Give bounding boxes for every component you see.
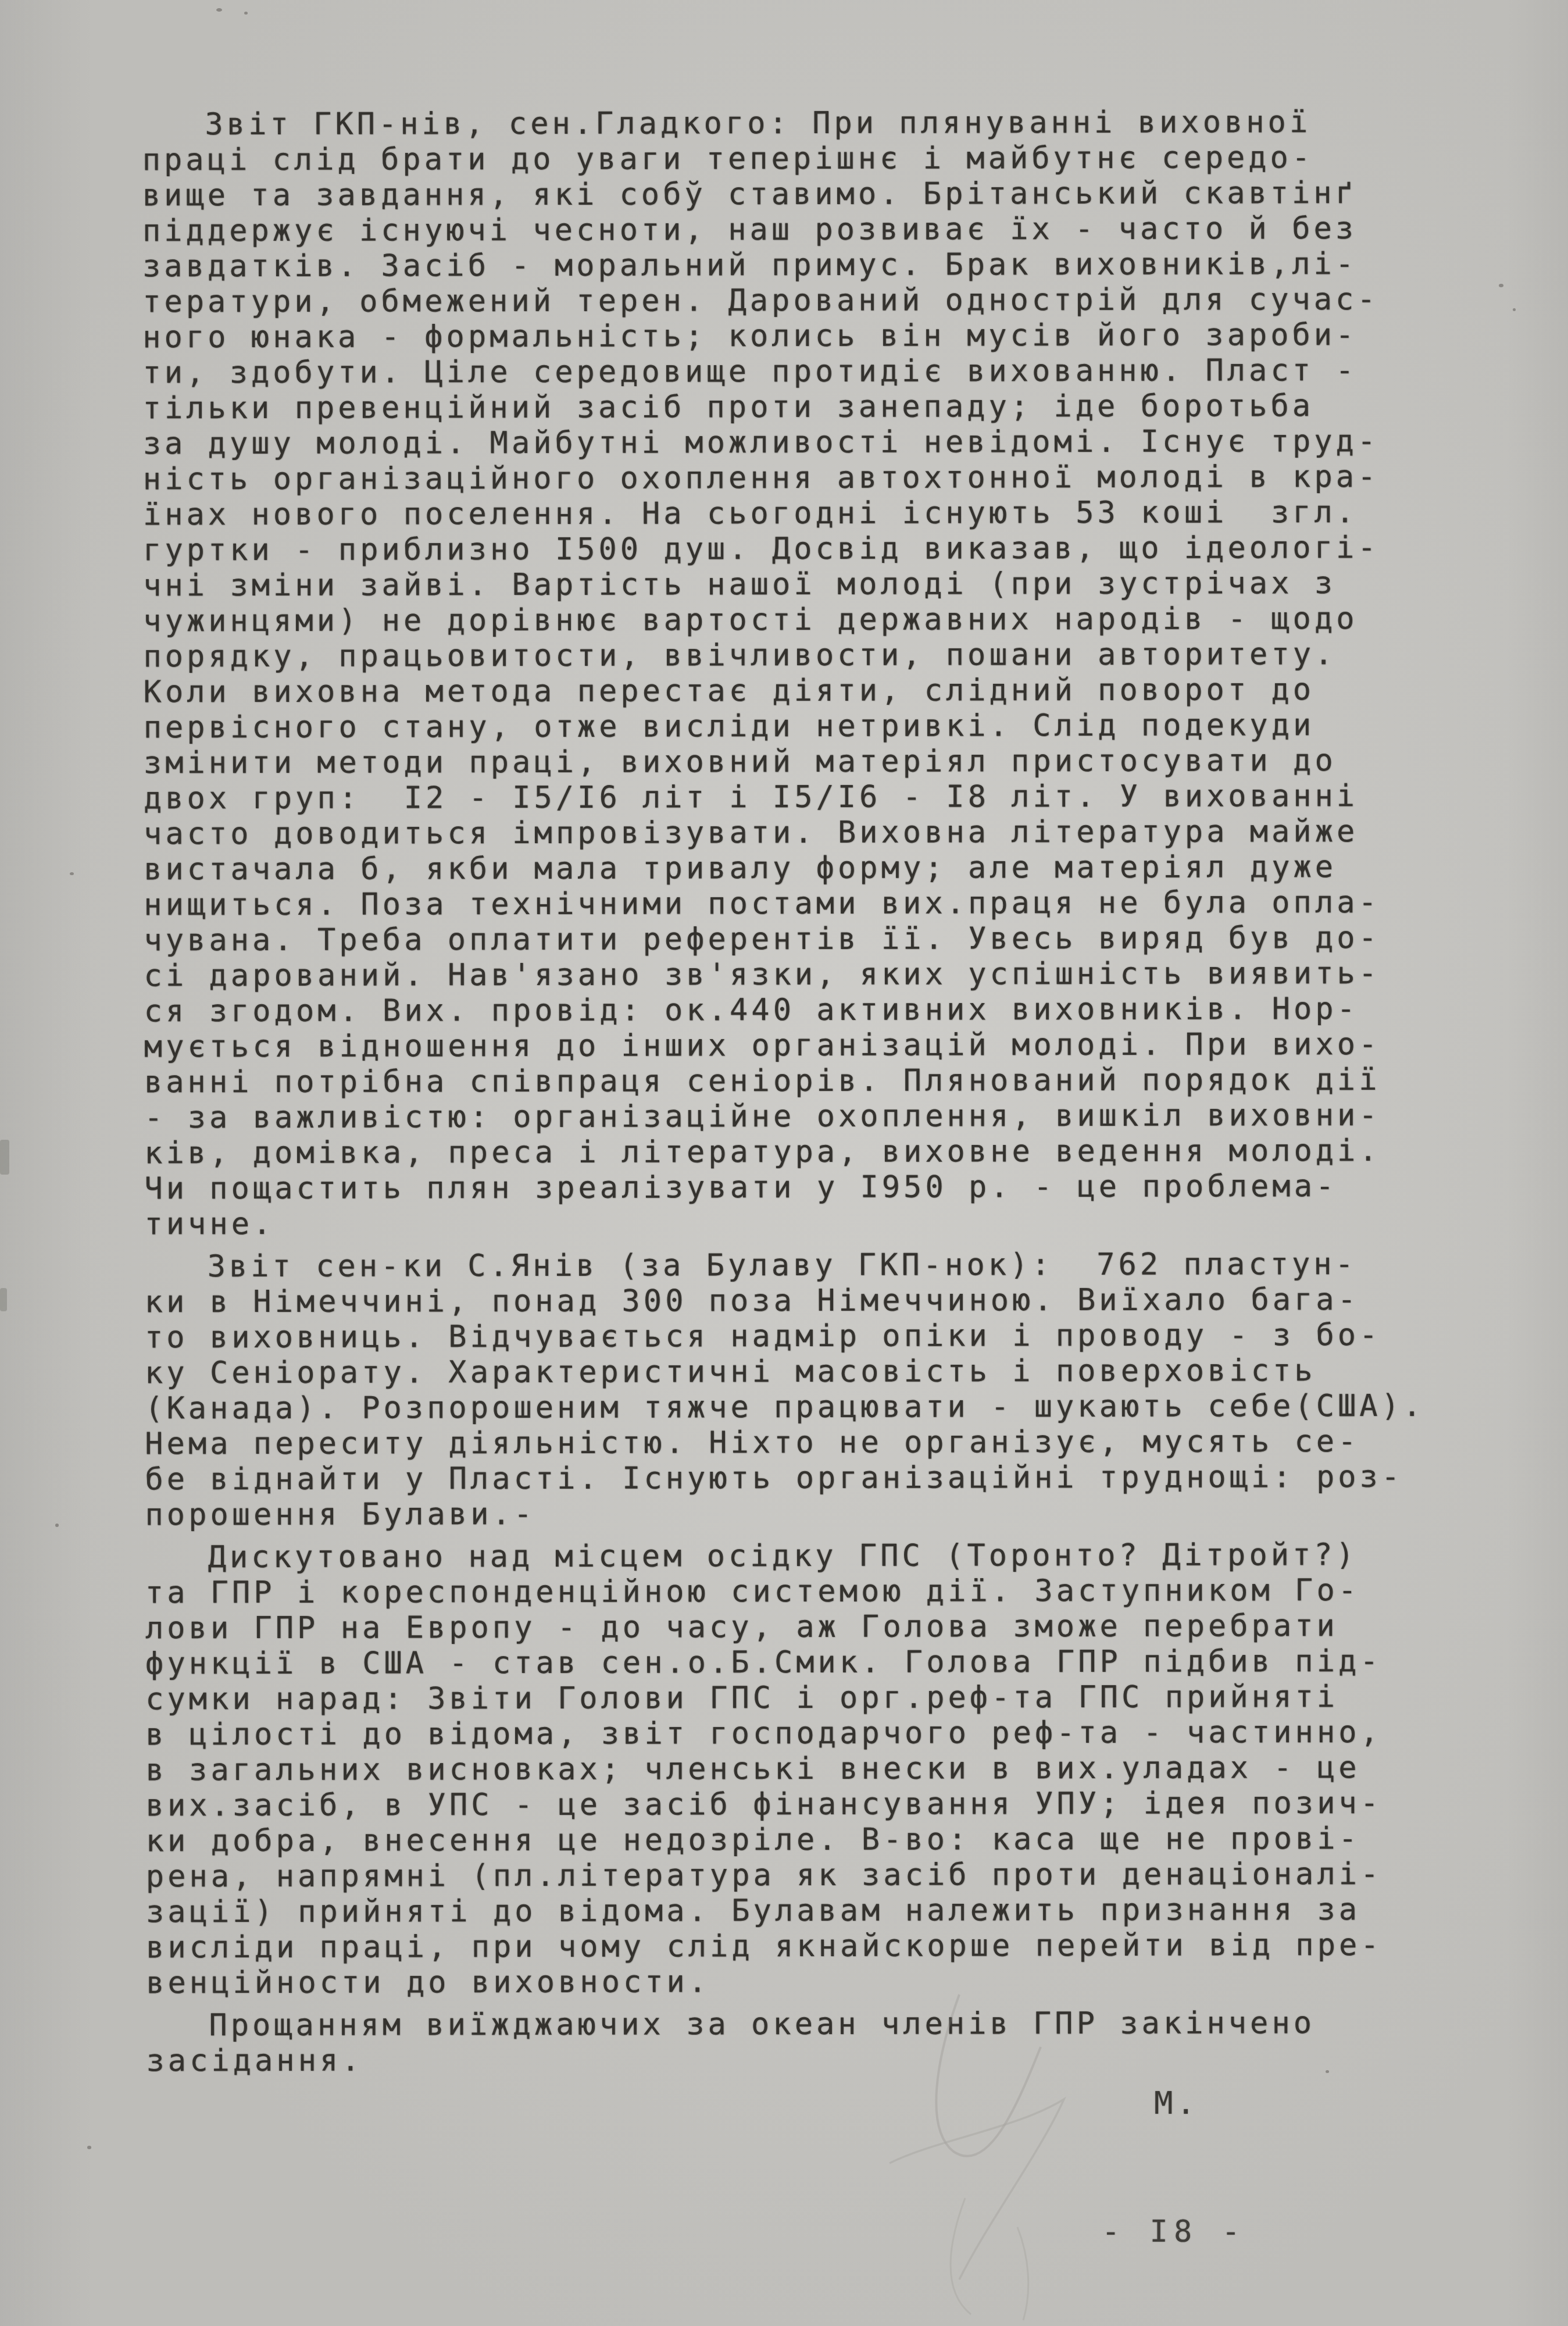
text-line: Чи пощастить плян зреалізувати у I950 р.… <box>144 1169 1499 1207</box>
text-line: ного юнака - формальність; колись він му… <box>142 317 1497 356</box>
text-line: бе віднайти у Пласті. Існують організаці… <box>145 1460 1499 1498</box>
text-line: часто доводиться імпровізувати. Виховна … <box>144 814 1498 852</box>
text-line: зації) прийняті до відома. Булавам належ… <box>146 1892 1501 1931</box>
text-line: вище та завдання, які собў ставимо. Бріт… <box>142 176 1497 214</box>
text-line: рена, напрямні (пл.література як засіб п… <box>146 1857 1501 1895</box>
scan-speck <box>1499 284 1503 287</box>
text-line: ти, здобути. Ціле середовище протидіє ви… <box>142 353 1497 391</box>
pencil-doodle <box>715 1977 1238 2326</box>
scan-speck <box>70 872 74 875</box>
text-line: змінити методи праці, виховний матеріял … <box>144 743 1498 782</box>
scan-speck <box>55 1524 59 1527</box>
text-line: Нема переситу діяльністю. Ніхто не орган… <box>145 1424 1499 1462</box>
scan-speck <box>216 8 222 12</box>
text-line: ки в Німеччині, понад 300 поза Німеччино… <box>145 1282 1499 1321</box>
text-line: нищиться. Поза технічними постами вих.пр… <box>144 885 1498 923</box>
text-line: ванні потрібна співпраця сеніорів. Пляно… <box>144 1062 1499 1101</box>
text-line: Дискутовано над місцем осідку ГПС (Торон… <box>145 1537 1500 1576</box>
text-line: за душу молоді. Майбутні можливості неві… <box>143 424 1498 462</box>
text-block: Звіт ГКП-нів, сен.Гладкого: При плянуван… <box>142 105 1501 2079</box>
scan-speck <box>87 2146 91 2149</box>
text-line: висліди праці, при чому слід якнайскорше… <box>146 1928 1501 1966</box>
text-line: мується відношення до інших організацій … <box>144 1027 1499 1065</box>
text-line: (Канада). Розпорошеним тяжче працювати -… <box>145 1389 1499 1427</box>
text-line: Звіт сен-ки С.Янів (за Булаву ГКП-нок): … <box>145 1247 1499 1285</box>
text-line: ся згодом. Вих. провід: ок.440 активних … <box>144 991 1499 1030</box>
text-line: лови ГПР на Европу - до часу, аж Голова … <box>145 1608 1500 1647</box>
text-line: ність організаційного охоплення автохтон… <box>143 459 1498 498</box>
scan-speck <box>1326 2070 1329 2073</box>
text-line: тератури, обмежений терен. Дарований одн… <box>142 282 1497 320</box>
text-line: чні зміни зайві. Вартість нашої молоді (… <box>143 566 1498 604</box>
paragraph: Дискутовано над місцем осідку ГПС (Торон… <box>145 1537 1501 2002</box>
document-page: Звіт ГКП-нів, сен.Гладкого: При плянуван… <box>0 0 1568 2326</box>
text-line: ки добра, внесення це недозріле. В-во: к… <box>146 1821 1501 1860</box>
text-line: чужинцями) не дорівнює вартості державни… <box>143 601 1498 640</box>
text-line: Звіт ГКП-нів, сен.Гладкого: При плянуван… <box>142 105 1496 143</box>
scan-smudge <box>0 1140 9 1175</box>
text-line: праці слід брати до уваги теперішнє і ма… <box>142 140 1497 179</box>
text-line: порядку, працьовитости, ввічливости, пош… <box>143 637 1498 675</box>
text-line: порошення Булави.- <box>145 1495 1499 1533</box>
text-line: функції в США - став сен.о.Б.Смик. Голов… <box>145 1644 1500 1682</box>
paragraph: Звіт сен-ки С.Янів (за Булаву ГКП-нок): … <box>145 1247 1500 1533</box>
text-line: первісного стану, отже висліди нетривкі.… <box>144 708 1498 746</box>
text-line: завдатків. Засіб - моральний примус. Бра… <box>142 247 1497 285</box>
text-line: сумки нарад: Звіти Голови ГПС і орг.реф-… <box>145 1679 1500 1718</box>
text-line: гуртки - приблизно I500 душ. Досвід вика… <box>143 530 1498 569</box>
text-line: ків, домівка, преса і література, виховн… <box>144 1133 1499 1172</box>
text-line: вих.засіб, в УПС - це засіб фінансування… <box>146 1786 1501 1824</box>
text-line: то виховниць. Відчувається надмір опіки … <box>145 1318 1499 1356</box>
text-line: сі дарований. Нав'язано зв'язки, яких ус… <box>144 956 1499 994</box>
paragraph: Звіт ГКП-нів, сен.Гладкого: При плянуван… <box>142 105 1499 1243</box>
text-line: в цілості до відома, звіт господарчого р… <box>145 1715 1500 1753</box>
text-line: піддержує існуючі чесноти, наш розвиває … <box>142 211 1497 249</box>
text-line: ку Сеніорату. Характеристичні масовість … <box>145 1353 1499 1392</box>
text-line: вистачала б, якби мала тривалу форму; ал… <box>144 850 1498 888</box>
text-line: тільки превенційний засіб проти занепаду… <box>142 388 1497 427</box>
text-line: чувана. Треба оплатити референтів її. Ув… <box>144 921 1498 959</box>
text-line: двох груп: I2 - I5/I6 літ і I5/I6 - I8 л… <box>144 779 1498 817</box>
text-line: - за важливістю: організаційне охоплення… <box>144 1098 1499 1136</box>
text-line: в загальних висновках; членські внески в… <box>145 1750 1500 1789</box>
scan-speck <box>1513 308 1516 311</box>
text-line: тичне. <box>144 1204 1499 1243</box>
text-line: та ГПР і кореспонденційною системою дії.… <box>145 1573 1500 1611</box>
scan-smudge <box>0 1288 7 1311</box>
text-line: Коли виховна метода перестає діяти, слід… <box>143 672 1498 711</box>
scan-speck <box>244 12 248 15</box>
text-line: їнах нового поселення. На сьогодні існую… <box>143 495 1498 533</box>
